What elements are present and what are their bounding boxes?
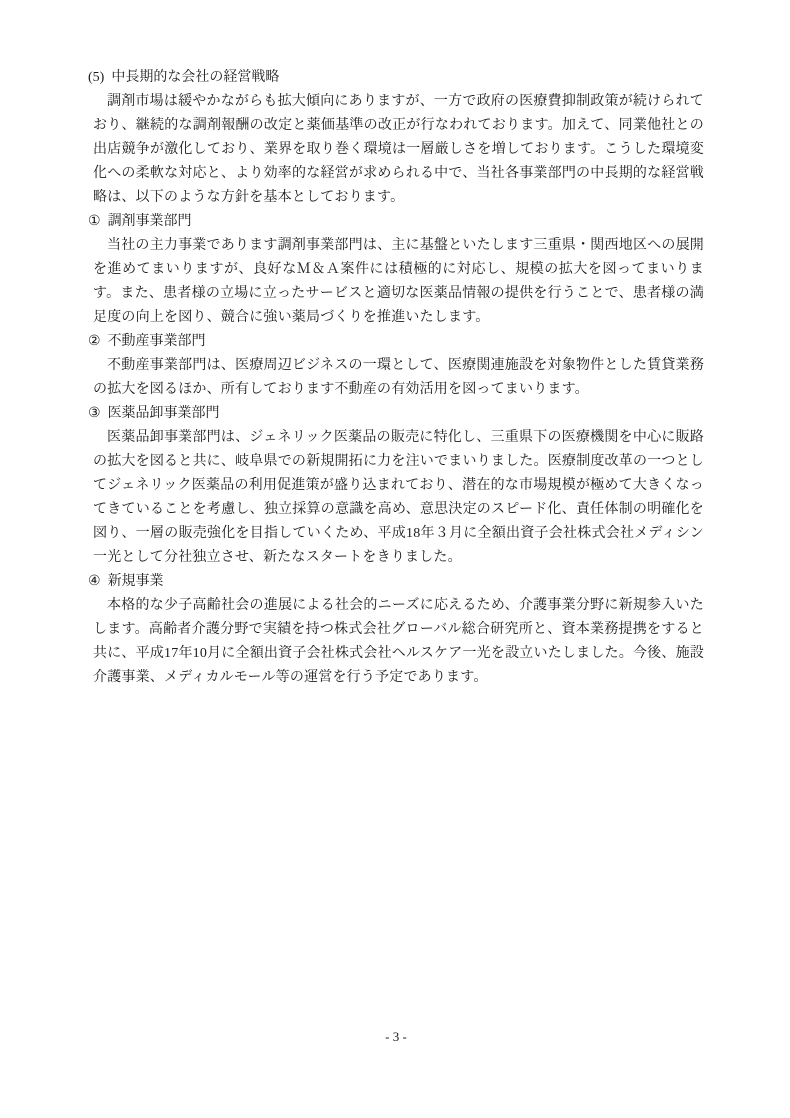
section-title: 中長期的な会社の経営戦略: [111, 70, 279, 85]
item-3-title: 医薬品卸事業部門: [108, 406, 220, 421]
item-4-paragraph: 本格的な少子高齢社会の進展による社会的ニーズに応えるため、介護事業分野に新規参入…: [93, 594, 704, 690]
page-number: - 3 -: [88, 1025, 704, 1049]
item-3-paragraph: 医薬品卸事業部門は、ジェネリック医薬品の販売に特化し、三重県下の医療機関を中心に…: [93, 426, 704, 570]
item-1-title: 調剤事業部門: [108, 214, 192, 229]
item-3-heading: ③医薬品卸事業部門: [88, 402, 704, 426]
item-2-title: 不動産事業部門: [108, 334, 206, 349]
document-content: (5)中長期的な会社の経営戦略 調剤市場は緩やかながらも拡大傾向にありますが、一…: [88, 66, 704, 690]
item-4-heading: ④新規事業: [88, 570, 704, 594]
item-4-title: 新規事業: [108, 574, 164, 589]
item-2-number: ②: [88, 330, 101, 354]
item-3-number: ③: [88, 402, 101, 426]
section-intro-paragraph: 調剤市場は緩やかながらも拡大傾向にありますが、一方で政府の医療費抑制政策が続けら…: [93, 90, 704, 210]
item-2-paragraph: 不動産事業部門は、医療周辺ビジネスの一環として、医療関連施設を対象物件とした賃貸…: [93, 354, 704, 402]
document-page: (5)中長期的な会社の経営戦略 調剤市場は緩やかながらも拡大傾向にありますが、一…: [0, 0, 790, 1118]
item-2-heading: ②不動産事業部門: [88, 330, 704, 354]
item-1-heading: ①調剤事業部門: [88, 210, 704, 234]
section-heading: (5)中長期的な会社の経営戦略: [88, 66, 704, 90]
item-1-number: ①: [88, 210, 101, 234]
item-1-paragraph: 当社の主力事業であります調剤事業部門は、主に基盤といたします三重県・関西地区への…: [93, 234, 704, 330]
section-number: (5): [88, 66, 104, 90]
item-4-number: ④: [88, 570, 101, 594]
